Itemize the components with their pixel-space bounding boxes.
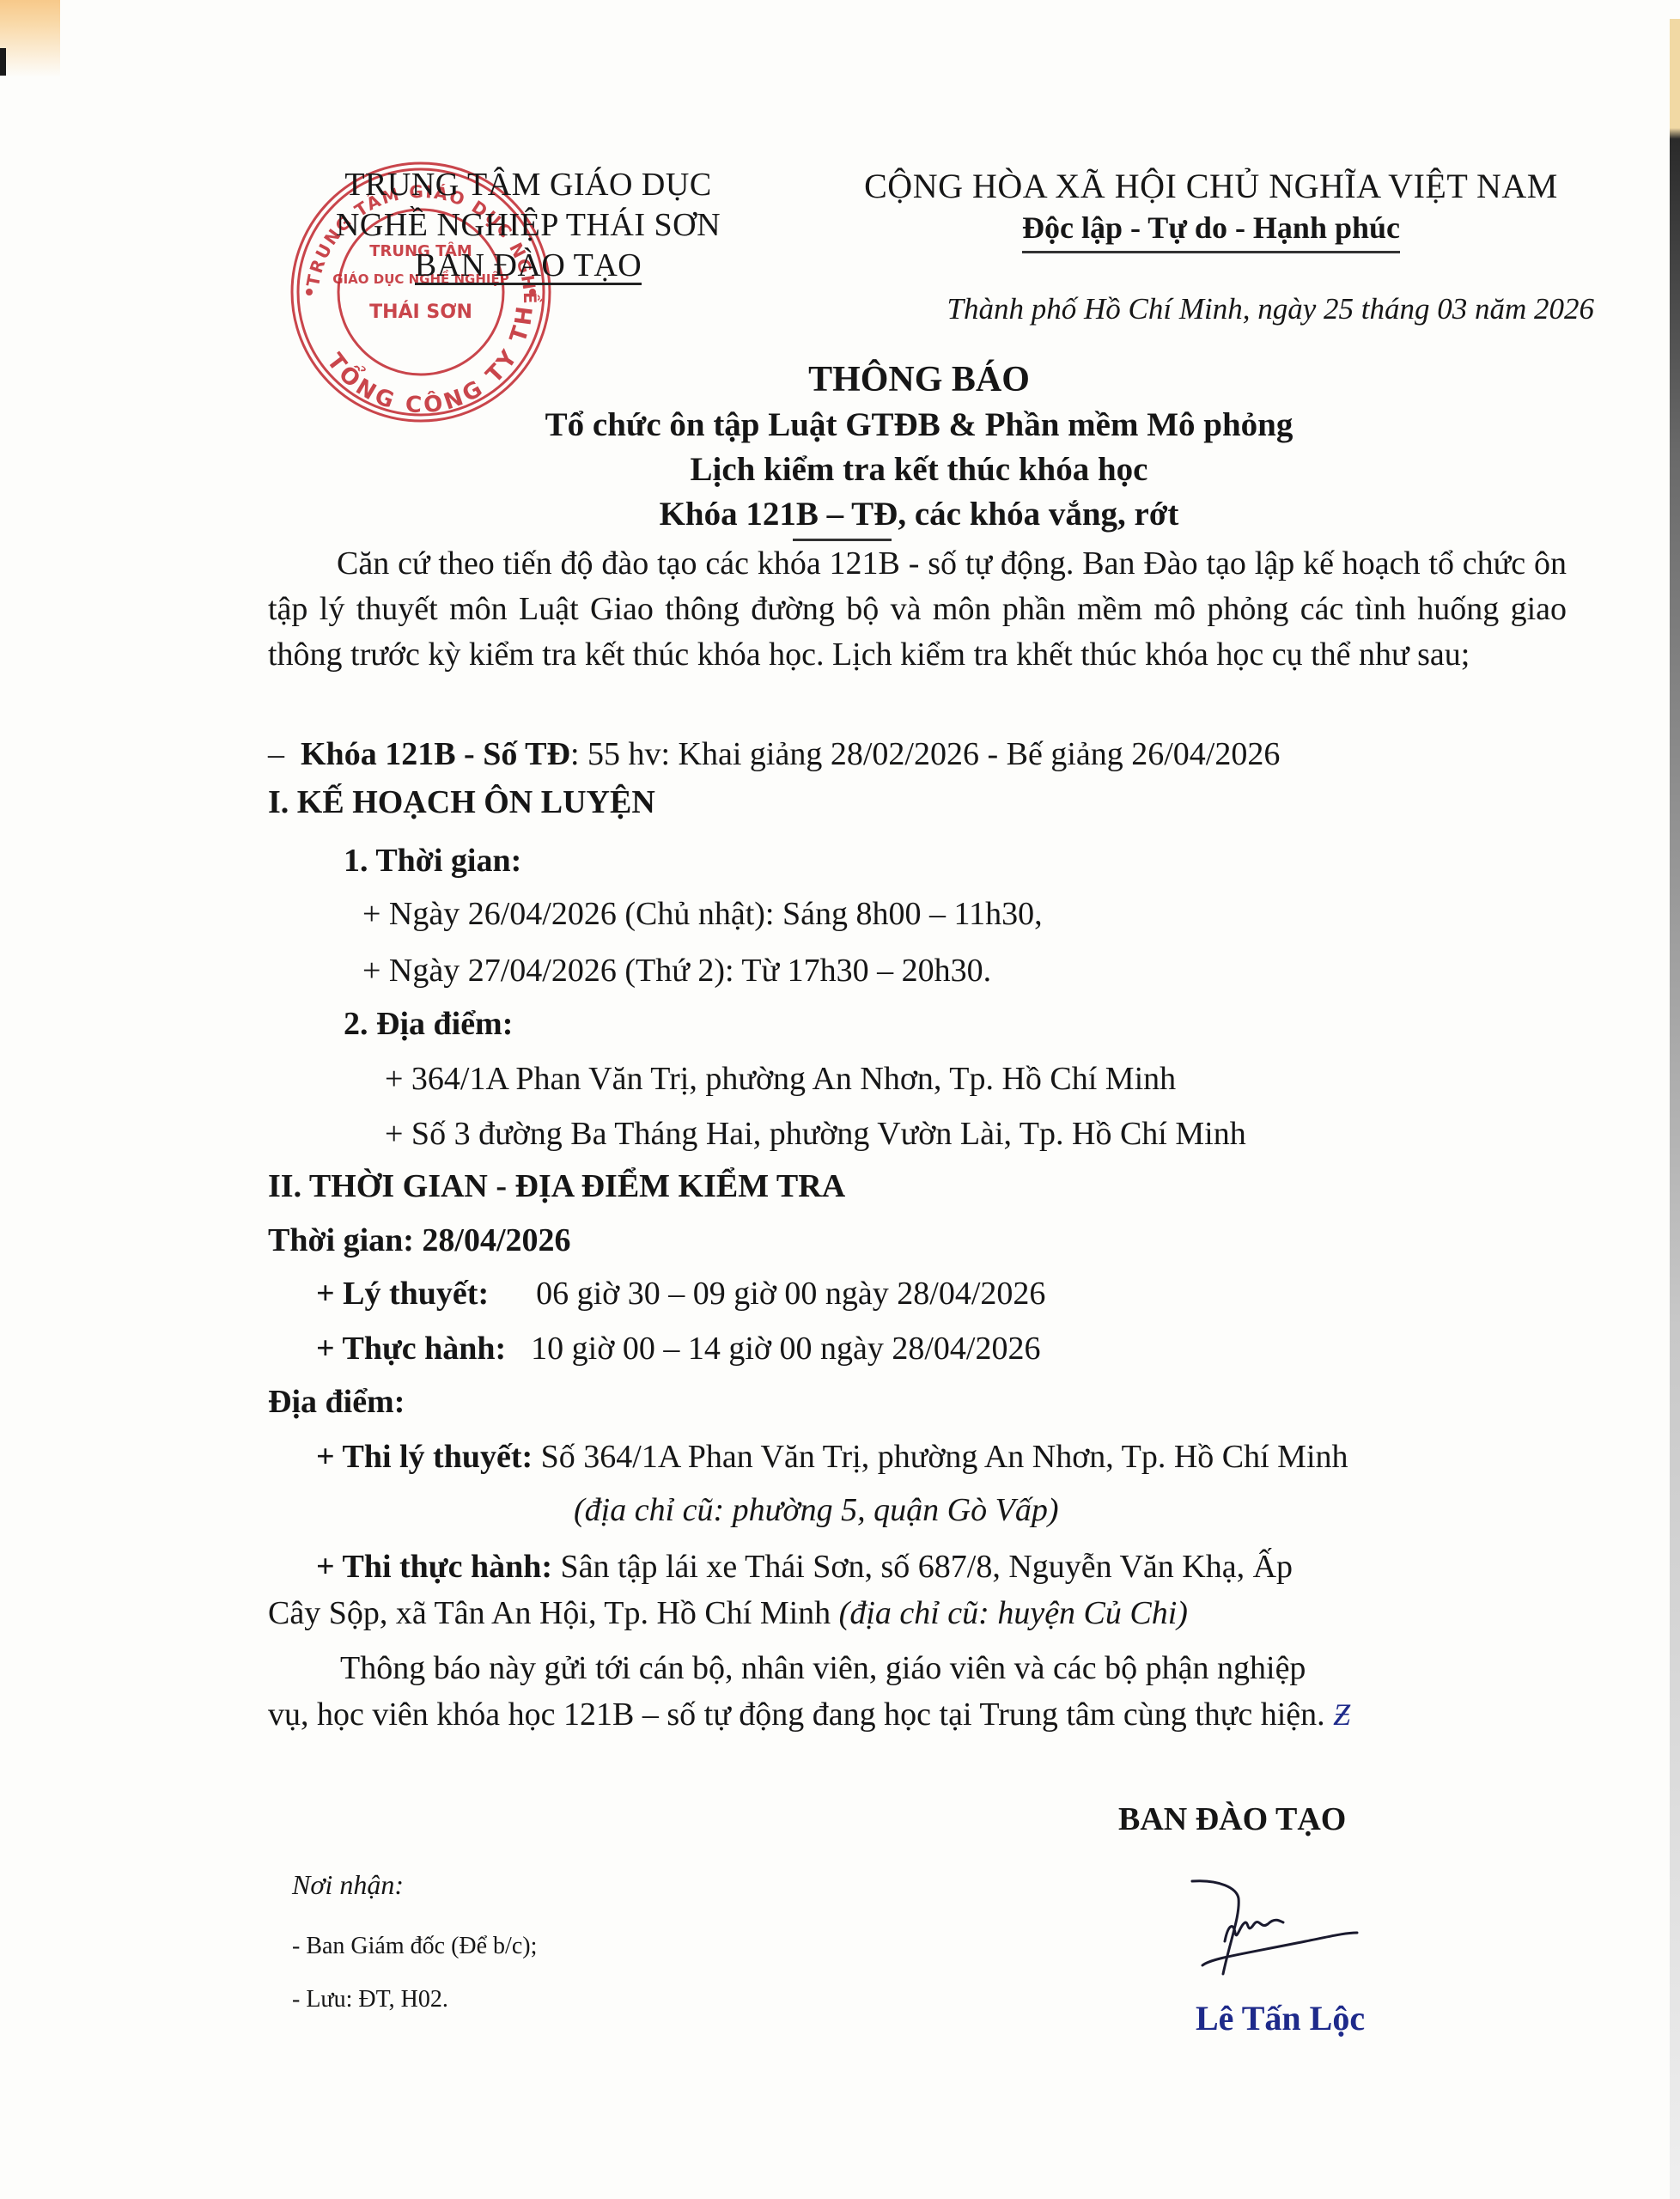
review-time-item: + Ngày 26/04/2026 (Chủ nhật): Sáng 8h00 … (362, 892, 1043, 936)
review-place-item: + 364/1A Phan Văn Trị, phường An Nhơn, T… (385, 1057, 1176, 1101)
course-label: Khóa 121B - Số TĐ (301, 736, 570, 772)
title-line3: Khóa 121B – TĐ, các khóa vắng, rớt (344, 492, 1494, 537)
section1-place-heading: 2. Địa điểm: (344, 1002, 513, 1046)
recipient-item: - Ban Giám đốc (Để b/c); (292, 1933, 537, 1960)
nation-name: CỘNG HÒA XÃ HỘI CHỦ NGHĨA VIỆT NAM (790, 165, 1632, 208)
practice-label: + Thực hành: (316, 1331, 506, 1367)
practice-place-value: Sân tập lái xe Thái Sơn, số 687/8, Nguyễ… (552, 1549, 1293, 1585)
exam-date: Thời gian: 28/04/2026 (268, 1218, 571, 1263)
issuing-organization: TRUNG TÂM GIÁO DỤC NGHỀ NGHIỆP THÁI SƠN … (283, 165, 773, 286)
theory-label: + Lý thuyết: (316, 1276, 489, 1312)
section2-heading: II. THỜI GIAN - ĐỊA ĐIỂM KIỂM TRA (268, 1164, 845, 1209)
closing-line2-text: vụ, học viên khóa học 121B – số tự động … (268, 1696, 1325, 1733)
exam-practice-time: + Thực hành: 10 giờ 00 – 14 giờ 00 ngày … (316, 1326, 1040, 1371)
exam-theory-time: + Lý thuyết: 06 giờ 30 – 09 giờ 00 ngày … (316, 1271, 1045, 1316)
recipients-heading: Nơi nhận: (292, 1869, 404, 1901)
theory-place-old-address: (địa chỉ cũ: phường 5, quận Gò Vấp) (574, 1488, 1058, 1532)
theory-place-label: + Thi lý thuyết: (316, 1439, 533, 1475)
course-detail: : 55 hv: Khai giảng 28/02/2026 - Bế giản… (570, 736, 1280, 772)
title-line2: Lịch kiểm tra kết thúc khóa học (344, 448, 1494, 492)
section1-heading: I. KẾ HOẠCH ÔN LUYỆN (268, 780, 655, 825)
svg-text:THÁI SƠN: THÁI SƠN (369, 301, 472, 323)
document-title: THÔNG BÁO Tổ chức ôn tập Luật GTĐB & Phầ… (344, 356, 1494, 541)
practice-time-value: 10 giờ 00 – 14 giờ 00 ngày 28/04/2026 (531, 1331, 1040, 1367)
section1-time-heading: 1. Thời gian: (344, 838, 521, 883)
course-info: – Khóa 121B - Số TĐ: 55 hv: Khai giảng 2… (268, 732, 1280, 777)
scan-edge-artifact (0, 0, 60, 77)
document-date: Thành phố Hồ Chí Minh, ngày 25 tháng 03 … (947, 292, 1594, 326)
course-bullet: – (268, 736, 284, 772)
theory-place-value: Số 364/1A Phan Văn Trị, phường An Nhơn, … (533, 1439, 1348, 1475)
national-motto: Độc lập - Tự do - Hạnh phúc (1022, 208, 1400, 253)
practice-place-label: + Thi thực hành: (316, 1549, 552, 1585)
scan-edge-artifact (1670, 19, 1680, 2199)
practice-place-old-address: (địa chỉ cũ: huyện Củ Chi) (839, 1595, 1188, 1631)
theory-time-value: 06 giờ 30 – 09 giờ 00 ngày 28/04/2026 (536, 1276, 1045, 1312)
theory-exam-place: + Thi lý thuyết: Số 364/1A Phan Văn Trị,… (316, 1435, 1348, 1479)
practice-place-value-cont: Cây Sộp, xã Tân An Hội, Tp. Hồ Chí Minh (268, 1595, 839, 1631)
org-department: BAN ĐÀO TẠO (415, 248, 642, 285)
practice-exam-place-cont: Cây Sộp, xã Tân An Hội, Tp. Hồ Chí Minh … (268, 1591, 1188, 1636)
review-place-item: + Số 3 đường Ba Tháng Hai, phường Vườn L… (385, 1112, 1246, 1156)
title-line1: Tổ chức ôn tập Luật GTĐB & Phần mềm Mô p… (344, 403, 1494, 448)
closing-line2: vụ, học viên khóa học 121B – số tự động … (268, 1692, 1350, 1737)
signer-name: Lê Tấn Lộc (1196, 1998, 1365, 2038)
practice-exam-place: + Thi thực hành: Sân tập lái xe Thái Sơn… (316, 1544, 1293, 1589)
org-name-line2: NGHỀ NGHIỆP THÁI SƠN (283, 205, 773, 246)
exam-place-heading: Địa điểm: (268, 1380, 405, 1424)
title-main: THÔNG BÁO (344, 356, 1494, 403)
closing-line1: Thông báo này gửi tới cán bộ, nhân viên,… (340, 1646, 1306, 1690)
review-time-item: + Ngày 27/04/2026 (Thứ 2): Từ 17h30 – 20… (362, 948, 991, 993)
handwritten-signature (1185, 1873, 1383, 1984)
recipient-item: - Lưu: ĐT, H02. (292, 1986, 448, 2013)
handwritten-initial: Ƶ (1333, 1697, 1350, 1732)
org-name-line1: TRUNG TÂM GIÁO DỤC (283, 165, 773, 205)
signing-department: BAN ĐÀO TẠO (1118, 1800, 1346, 1838)
national-header: CỘNG HÒA XÃ HỘI CHỦ NGHĨA VIỆT NAM Độc l… (790, 165, 1632, 253)
intro-paragraph: Căn cứ theo tiến độ đào tạo các khóa 121… (268, 541, 1567, 678)
